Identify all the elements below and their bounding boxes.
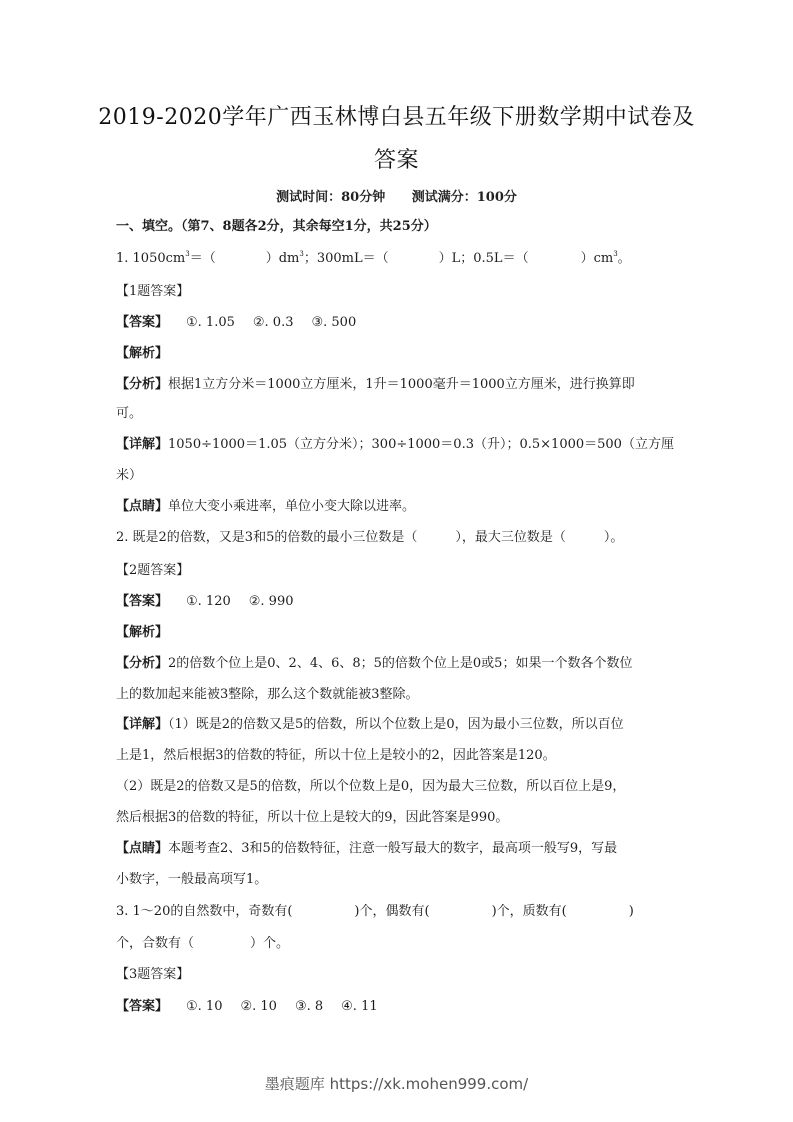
- fenxi-label: 【分析】: [116, 377, 168, 392]
- q3-text: ): [629, 904, 634, 919]
- answer-label: 【答案】: [116, 999, 168, 1014]
- dianjing-text: 单位大变小乘进率，单位小变大除以进率。: [168, 499, 415, 514]
- dianjing-text: 本题考查2、3和5的倍数特征，注意一般写最大的数字，最高项一般写9，写最: [168, 841, 617, 856]
- q2-fenxi-cont: 上的数加起来能被3整除，那么这个数就能被3整除。: [116, 686, 686, 703]
- fenxi-label: 【分析】: [116, 656, 168, 671]
- q1-text: ）L；0.5L＝（: [439, 251, 529, 266]
- question-3-cont: 个，合数有（）个。: [116, 935, 686, 952]
- xiangjie-text: 1050÷1000＝1.05（立方分米）；300÷1000＝0.3（升）；0.5…: [168, 437, 674, 452]
- q3-text: ）个。: [250, 936, 289, 951]
- q1-text: 。: [618, 251, 631, 266]
- q2-text: ），最大三位数是（: [455, 530, 566, 545]
- q2-text: 2. 既是2的倍数，又是3和5的倍数的最小三位数是（: [116, 530, 417, 545]
- document-title-line1: 2019-2020学年广西玉林博白县五年级下册数学期中试卷及: [0, 100, 793, 131]
- q1-answer-row: 【答案】①. 1.05②. 0.3③. 500: [116, 314, 686, 331]
- test-time: 测试时间：80分钟: [276, 190, 385, 205]
- dianjing-label: 【点睛】: [116, 841, 168, 856]
- answer-item: ③. 500: [311, 314, 356, 331]
- test-meta: 测试时间：80分钟 测试满分：100分: [0, 186, 793, 205]
- answer-item: ①. 1.05: [186, 314, 235, 331]
- q2-xiangjie-part2: （2）既是2的倍数又是5的倍数，所以个位数上是0，因为最大三位数，所以百位上是9…: [116, 778, 686, 795]
- answer-item: ③. 8: [295, 998, 323, 1015]
- q1-fenxi-cont: 可。: [116, 405, 686, 422]
- question-2: 2. 既是2的倍数，又是3和5的倍数的最小三位数是（），最大三位数是（）。: [116, 529, 686, 546]
- q1-answer-header: 【1题答案】: [116, 283, 686, 300]
- exam-page: 2019-2020学年广西玉林博白县五年级下册数学期中试卷及 答案 测试时间：8…: [0, 0, 793, 1122]
- dianjing-label: 【点睛】: [116, 499, 168, 514]
- q2-xiangjie-cont: 上是1，然后根据3的倍数的特征，所以十位上是较小的2，因此答案是120。: [116, 747, 686, 764]
- q3-answer-row: 【答案】①. 10②. 10③. 8④. 11: [116, 998, 686, 1015]
- xiangjie-label: 【详解】: [116, 437, 168, 452]
- q1-dianjing: 【点睛】单位大变小乘进率，单位小变大除以进率。: [116, 498, 686, 515]
- answer-label: 【答案】: [116, 594, 168, 609]
- q3-answer-header: 【3题答案】: [116, 966, 686, 983]
- q2-answer-row: 【答案】①. 120②. 990: [116, 593, 686, 610]
- xiangjie-text: （1）既是2的倍数又是5的倍数，所以个位数上是0，因为最小三位数，所以百位: [168, 717, 624, 732]
- document-title-line2: 答案: [0, 143, 793, 174]
- q3-text: 3. 1～20的自然数中，奇数有(: [116, 904, 292, 919]
- section-heading: 一、填空。（第7、8题各2分，其余每空1分，共25分）: [116, 218, 686, 235]
- answer-item: ④. 11: [341, 998, 377, 1015]
- q2-fenxi: 【分析】2的倍数个位上是0、2、4、6、8；5的倍数个位上是0或5；如果一个数各…: [116, 655, 686, 672]
- xiangjie-label: 【详解】: [116, 717, 168, 732]
- q3-text: )个，偶数有(: [354, 904, 429, 919]
- q1-text: ）dm: [266, 251, 300, 266]
- fenxi-text: 根据1立方分米＝1000立方厘米，1升＝1000毫升＝1000立方厘米，进行换算…: [168, 377, 635, 392]
- question-3: 3. 1～20的自然数中，奇数有()个，偶数有()个，质数有(): [116, 903, 686, 920]
- q2-dianjing-cont: 小数字，一般最高项写1。: [116, 871, 686, 888]
- q1-text: ）cm: [581, 251, 614, 266]
- answer-item: ①. 10: [186, 998, 222, 1015]
- q1-xiangjie-cont: 米）: [116, 467, 686, 484]
- fenxi-text: 2的倍数个位上是0、2、4、6、8；5的倍数个位上是0或5；如果一个数各个数位: [168, 656, 632, 671]
- q2-text: ）。: [604, 530, 624, 545]
- q2-dianjing: 【点睛】本题考查2、3和5的倍数特征，注意一般写最大的数字，最高项一般写9，写最: [116, 840, 686, 857]
- q2-xiangjie-part2-cont: 然后根据3的倍数的特征，所以十位上是较大的9，因此答案是990。: [116, 809, 686, 826]
- footer-watermark: 墨痕题库 https://xk.mohen999.com/: [0, 1073, 793, 1094]
- answer-label: 【答案】: [116, 315, 168, 330]
- q1-analysis-label: 【解析】: [116, 345, 686, 362]
- q2-analysis-label: 【解析】: [116, 624, 686, 641]
- question-1: 1. 1050cm3＝（）dm3；300mL＝（）L；0.5L＝（）cm3。: [116, 250, 686, 267]
- answer-item: ①. 120: [186, 593, 231, 610]
- answer-item: ②. 990: [249, 593, 294, 610]
- test-score: 测试满分：100分: [412, 190, 517, 205]
- q1-xiangjie: 【详解】1050÷1000＝1.05（立方分米）；300÷1000＝0.3（升）…: [116, 436, 686, 453]
- answer-item: ②. 10: [240, 998, 276, 1015]
- answer-item: ②. 0.3: [253, 314, 294, 331]
- q1-fenxi: 【分析】根据1立方分米＝1000立方厘米，1升＝1000毫升＝1000立方厘米，…: [116, 376, 686, 393]
- q1-text: ；300mL＝（: [304, 251, 389, 266]
- q3-text: )个，质数有(: [492, 904, 567, 919]
- q2-answer-header: 【2题答案】: [116, 562, 686, 579]
- q1-text: ＝（: [190, 251, 216, 266]
- q1-text: 1. 1050cm: [116, 251, 185, 266]
- q2-xiangjie: 【详解】（1）既是2的倍数又是5的倍数，所以个位数上是0，因为最小三位数，所以百…: [116, 716, 686, 733]
- q3-text: 个，合数有（: [116, 936, 194, 951]
